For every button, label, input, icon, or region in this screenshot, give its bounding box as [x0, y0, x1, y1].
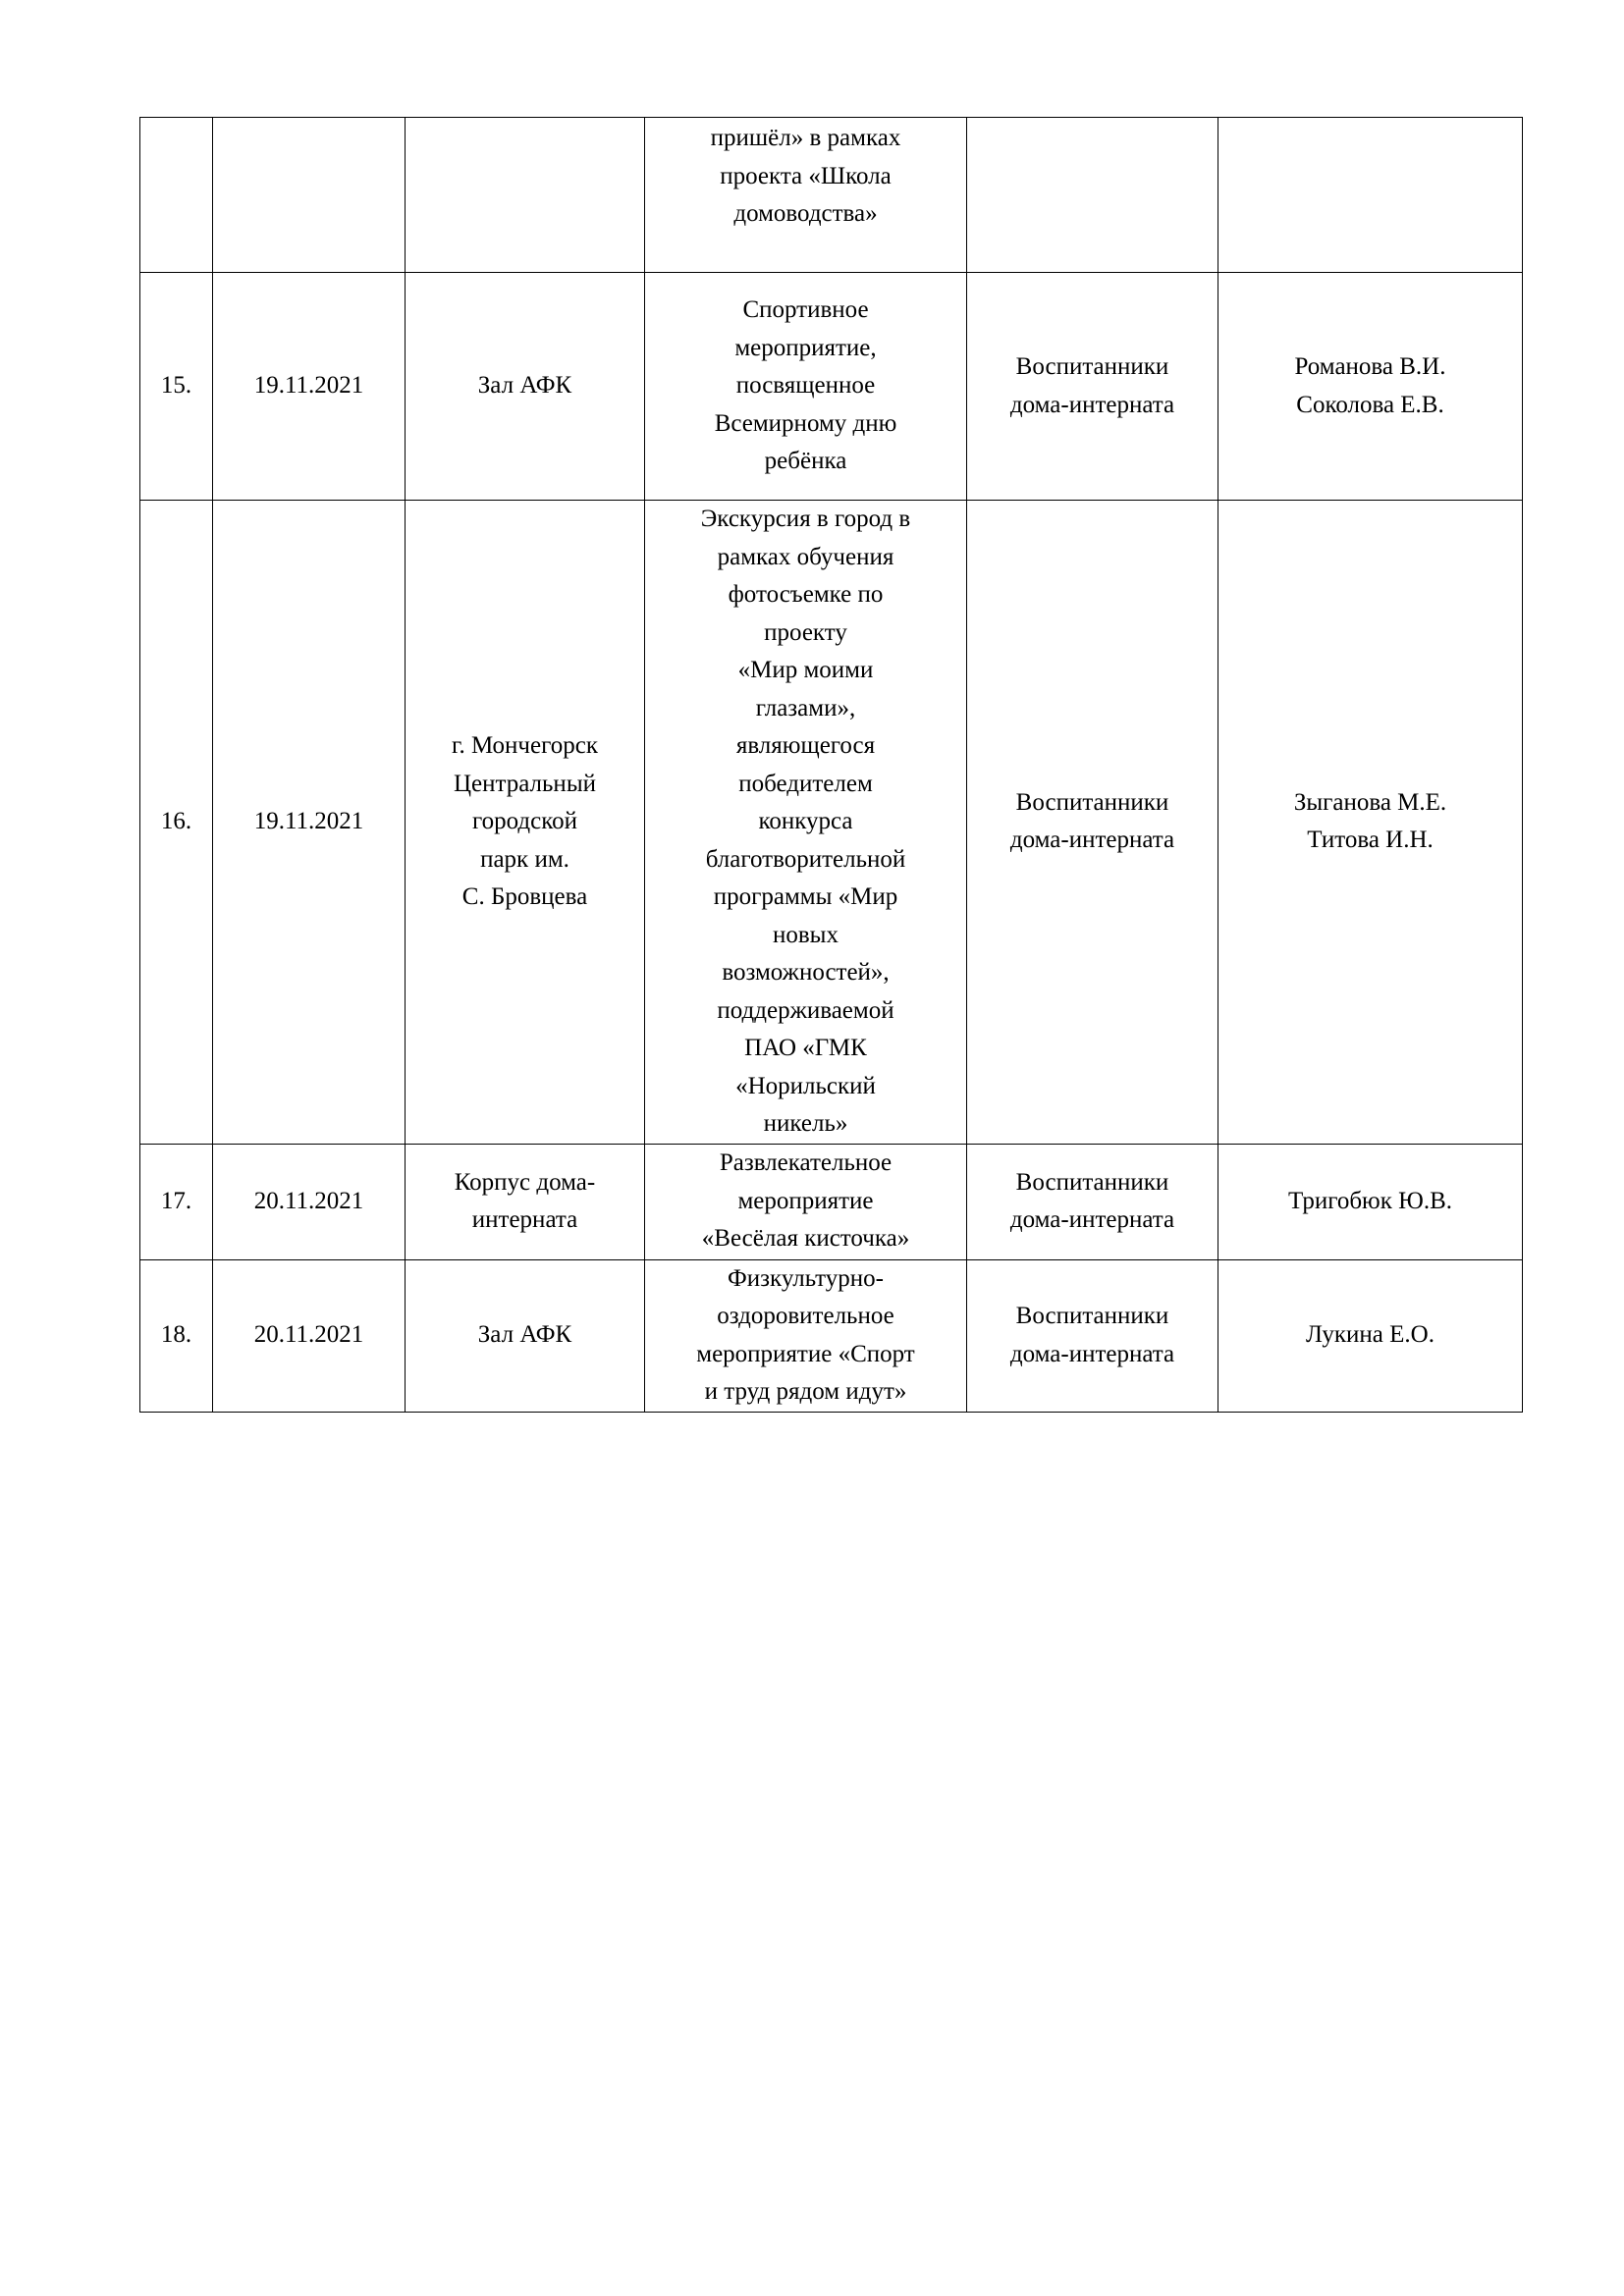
row-number — [140, 118, 213, 273]
row-number: 15. — [140, 273, 213, 501]
row-number: 17. — [140, 1144, 213, 1259]
events-table: пришёл» в рамках проекта «Школа домоводс… — [139, 117, 1523, 1413]
row-event: Экскурсия в город в рамках обучения фото… — [645, 501, 967, 1145]
row-participants: Воспитанники дома-интерната — [967, 1259, 1218, 1412]
row-event: Физкультурно- оздоровительное мероприяти… — [645, 1259, 967, 1412]
row-place — [406, 118, 645, 273]
row-participants: Воспитанники дома-интерната — [967, 501, 1218, 1145]
table-row: 16. 19.11.2021 г. Мончегорск Центральный… — [140, 501, 1523, 1145]
row-number: 16. — [140, 501, 213, 1145]
row-responsible: Романова В.И. Соколова Е.В. — [1218, 273, 1523, 501]
table-row: пришёл» в рамках проекта «Школа домоводс… — [140, 118, 1523, 273]
row-date: 19.11.2021 — [213, 501, 406, 1145]
row-participants — [967, 118, 1218, 273]
row-date: 19.11.2021 — [213, 273, 406, 501]
row-place: г. Мончегорск Центральный городской парк… — [406, 501, 645, 1145]
table-row: 17. 20.11.2021 Корпус дома- интерната Ра… — [140, 1144, 1523, 1259]
row-place: Корпус дома- интерната — [406, 1144, 645, 1259]
row-place: Зал АФК — [406, 1259, 645, 1412]
row-date: 20.11.2021 — [213, 1144, 406, 1259]
row-event: Развлекательное мероприятие «Весёлая кис… — [645, 1144, 967, 1259]
row-place: Зал АФК — [406, 273, 645, 501]
row-responsible: Зыганова М.Е. Титова И.Н. — [1218, 501, 1523, 1145]
row-participants: Воспитанники дома-интерната — [967, 273, 1218, 501]
row-date — [213, 118, 406, 273]
row-number: 18. — [140, 1259, 213, 1412]
row-participants: Воспитанники дома-интерната — [967, 1144, 1218, 1259]
row-responsible — [1218, 118, 1523, 273]
row-responsible: Тригобюк Ю.В. — [1218, 1144, 1523, 1259]
table-row: 18. 20.11.2021 Зал АФК Физкультурно- озд… — [140, 1259, 1523, 1412]
row-event: пришёл» в рамках проекта «Школа домоводс… — [645, 118, 967, 273]
table-row: 15. 19.11.2021 Зал АФК Спортивное меропр… — [140, 273, 1523, 501]
row-date: 20.11.2021 — [213, 1259, 406, 1412]
row-responsible: Лукина Е.О. — [1218, 1259, 1523, 1412]
row-event: Спортивное мероприятие, посвященное Всем… — [645, 273, 967, 501]
